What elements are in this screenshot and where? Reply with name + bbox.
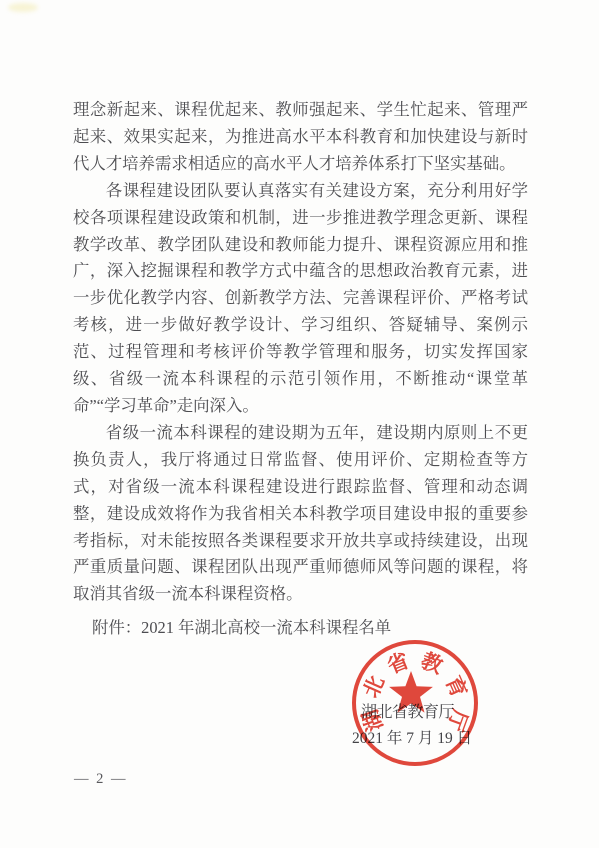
scan-artifact [8, 3, 38, 12]
attachment-line: 附件：2021 年湖北高校一流本科课程名单 [73, 614, 528, 641]
body-paragraph: 省级一流本科课程的建设期为五年，建设期内原则上不更换负责人，我厅将通过日常监督、… [73, 420, 528, 608]
seal-char: 省 [384, 648, 412, 678]
seal-char: 育 [441, 672, 471, 701]
document-body: 理念新起来、课程优起来、教师强起来、学生忙起来、管理严起来、效果实起来，为推进高… [73, 97, 528, 608]
signer-name: 湖北省教育厅 [361, 699, 454, 722]
body-paragraph: 理念新起来、课程优起来、教师强起来、学生忙起来、管理严起来、效果实起来，为推进高… [73, 97, 528, 178]
body-paragraph: 各课程建设团队要认真落实有关建设方案，充分利用好学校各项课程建设政策和机制，进一… [73, 178, 528, 420]
seal-char: 教 [418, 648, 447, 678]
page-number: — 2 — [74, 771, 128, 788]
signature-date: 2021 年 7 月 19 日 [352, 726, 472, 748]
document-page: 理念新起来、课程优起来、教师强起来、学生忙起来、管理严起来、效果实起来，为推进高… [0, 0, 599, 848]
seal-char: 北 [359, 672, 389, 701]
